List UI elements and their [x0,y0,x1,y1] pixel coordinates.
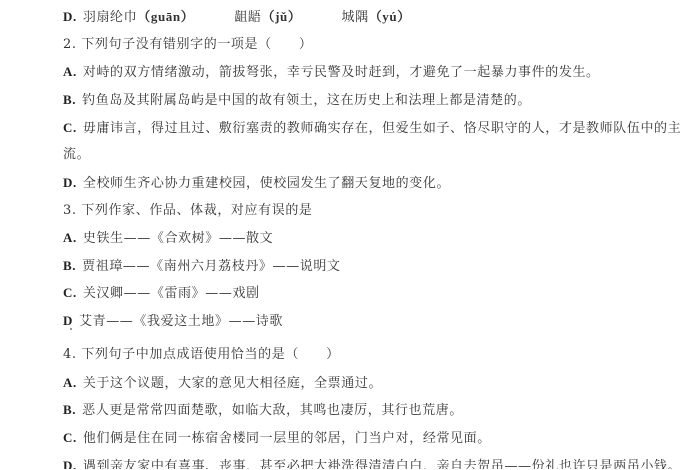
option-text: 恶人更是常常四面楚歌，如临大敌，其鸣也凄厉，其行也荒唐。 [82,403,463,418]
option-label: D. [63,9,77,24]
option-label: A. [63,375,77,390]
q3-option-c: C.关汉卿——《雷雨》——戏剧 [63,285,260,302]
q4-option-b: B.恶人更是常常四面楚歌，如临大敌，其鸣也凄厉，其行也荒唐。 [63,402,463,419]
word-2: 龃龉 [234,10,261,25]
question-3-stem: 3. 下列作家、作品、体裁，对应有误的是 [63,203,313,219]
option-text: 他们俩是住在同一栋宿舍楼同一层里的邻居，门当户对，经常见面。 [83,431,491,446]
option-label: D. [63,458,77,470]
option-label: B. [63,402,76,417]
question-4-stem: 4. 下列句子中加点成语使用恰当的是（ ） [63,347,340,363]
option-label: B. [63,258,76,273]
pinyin-2: （jǔ） [262,9,302,24]
option-text: 艾青——《我爱这土地》——诗歌 [79,314,283,329]
option-text: 关于这个议题，大家的意见大相径庭，全票通过。 [83,376,382,391]
q4-option-a: A.关于这个议题，大家的意见大相径庭，全票通过。 [63,375,382,392]
option-label: D [63,313,73,328]
option-text: 贾祖璋——《南州六月荔枝丹》——说明文 [82,259,340,274]
q1-option-d: D.羽扇纶巾（guān）龃龉（jǔ）城隅（yú） [63,9,411,26]
pinyin-1: （guān） [137,9,194,24]
option-text: 对峙的双方情绪激动，箭拔弩张，幸亏民警及时赶到，才避免了一起暴力事件的发生。 [83,65,600,80]
option-label: A. [63,64,77,79]
option-label: D. [63,175,77,190]
q2-option-c: C.毋庸讳言，得过且过、敷衍塞责的教师确实存在，但爱生如子、恪尽职守的人，才是教… [63,120,681,137]
q3-option-d: D艾青——《我爱这土地》——诗歌 [63,313,283,330]
exam-document-page: D.羽扇纶巾（guān）龃龉（jǔ）城隅（yú） 2. 下列句子没有错别字的一项… [0,0,700,470]
q2-option-a: A.对峙的双方情绪激动，箭拔弩张，幸亏民警及时赶到，才避免了一起暴力事件的发生。 [63,64,600,81]
option-text: 遇到亲友家中有喜事、丧事，甚至必把大褂洗得清清白白，亲自去贺吊——份礼也许只是两… [83,459,681,470]
option-label: B. [63,92,76,107]
word-3: 城隅 [341,10,368,25]
stray-dot-mark [70,328,72,330]
q3-option-a: A.史铁生——《合欢树》——散文 [63,230,273,247]
pinyin-3: （yú） [369,9,411,24]
q3-option-b: B.贾祖璋——《南州六月荔枝丹》——说明文 [63,258,341,275]
option-text: 毋庸讳言，得过且过、敷衍塞责的教师确实存在，但爱生如子、恪尽职守的人，才是教师队… [83,121,681,136]
q4-option-d: D.遇到亲友家中有喜事、丧事，甚至必把大褂洗得清清白白，亲自去贺吊——份礼也许只… [63,458,681,470]
question-2-stem: 2. 下列句子没有错别字的一项是（ ） [63,37,313,53]
option-label: C. [63,120,77,135]
q2-option-d: D.全校师生齐心协力重建校园，使校园发生了翻天复地的变化。 [63,175,450,192]
option-text: 关汉卿——《雷雨》——戏剧 [83,286,260,301]
q4-option-c: C.他们俩是住在同一栋宿舍楼同一层里的邻居，门当户对，经常见面。 [63,430,491,447]
option-label: C. [63,285,77,300]
q2-option-b: B.钓鱼岛及其附属岛屿是中国的故有领土，这在历史上和法理上都是清楚的。 [63,92,531,109]
word-1: 羽扇纶巾 [83,10,137,25]
option-label: C. [63,430,77,445]
option-text: 全校师生齐心协力重建校园，使校园发生了翻天复地的变化。 [83,176,450,191]
option-text: 史铁生——《合欢树》——散文 [83,231,273,246]
option-label: A. [63,230,77,245]
option-text: 钓鱼岛及其附属岛屿是中国的故有领土，这在历史上和法理上都是清楚的。 [82,93,531,108]
q2-option-c-continuation: 流。 [63,147,90,163]
